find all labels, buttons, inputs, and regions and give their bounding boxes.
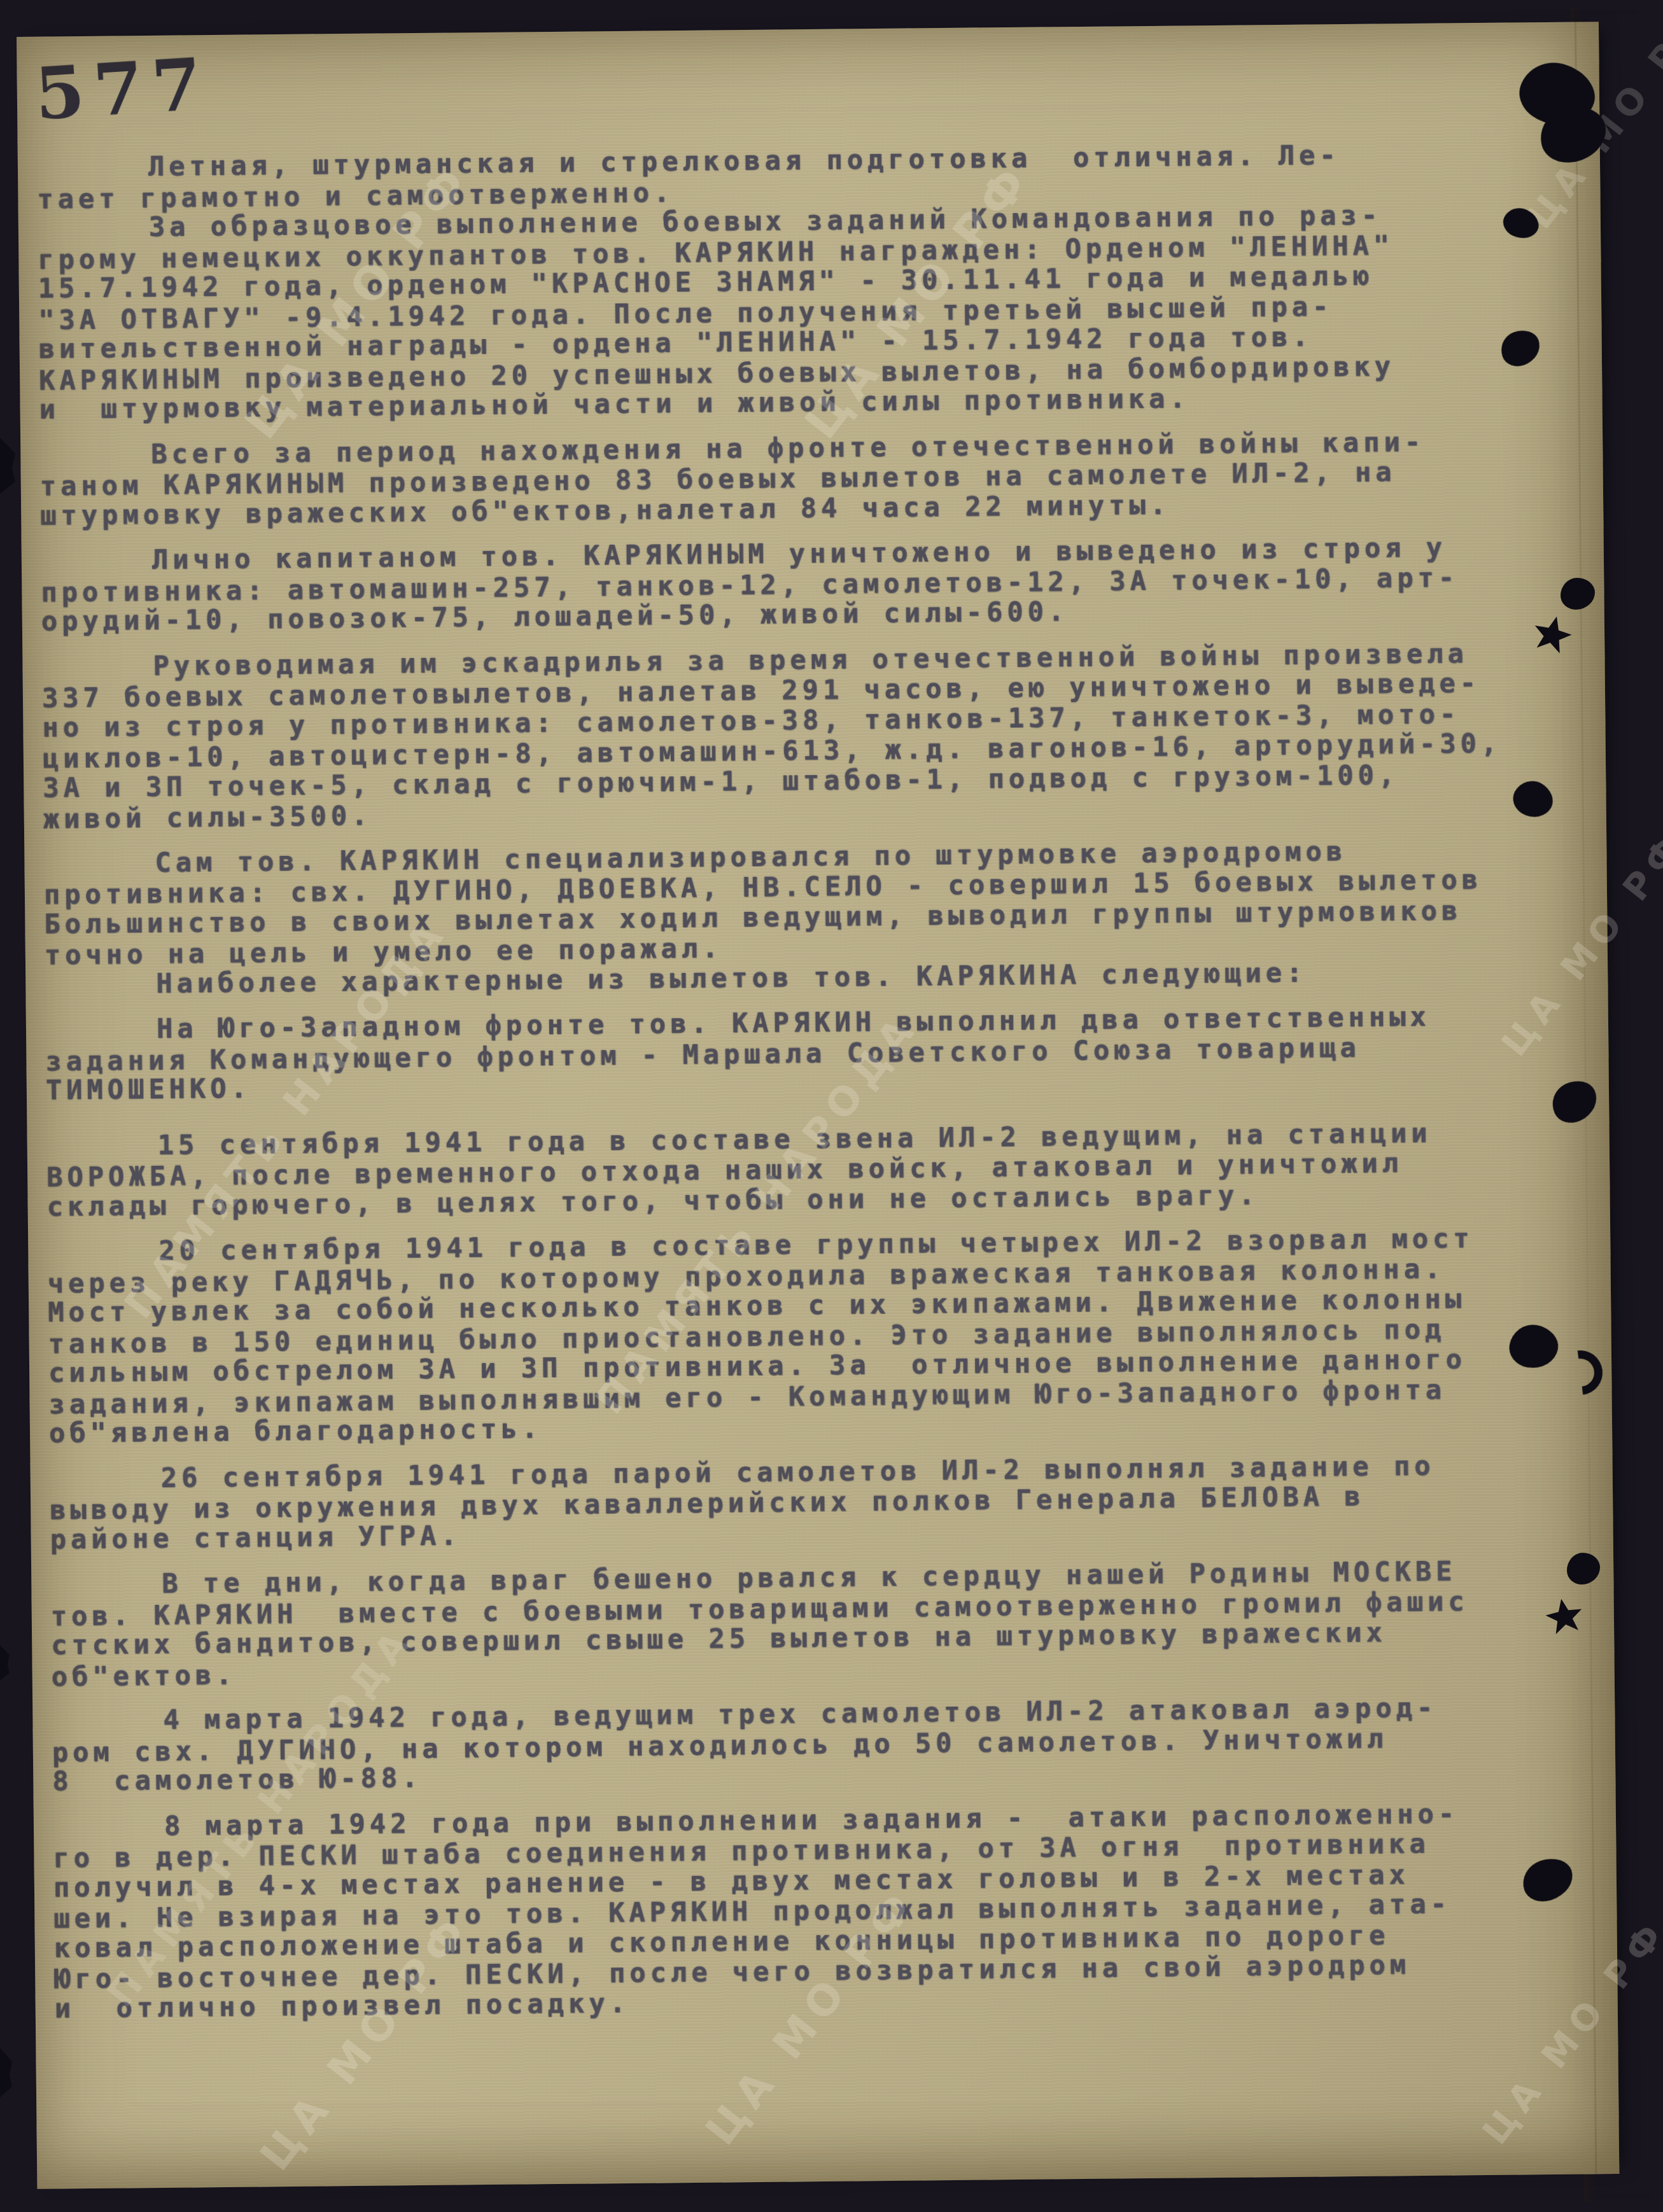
paragraph: В те дни, когда враг бешено рвался к сер…	[50, 1555, 1534, 1690]
paragraph: На Юго-Западном фронте тов. КАРЯКИН выпо…	[45, 1000, 1529, 1105]
page-number: 577	[32, 42, 213, 136]
paragraph: Сам тов. КАРЯКИН специализировался по шт…	[43, 834, 1527, 969]
paragraph: 20 сентября 1941 года в составе группы ч…	[47, 1222, 1532, 1448]
paragraph: Лично капитаном тов. КАРЯКИНЫМ уничтожен…	[41, 531, 1524, 636]
paragraph: 8 марта 1942 года при выполнении задания…	[53, 1798, 1538, 2024]
paragraph: Всего за период нахождения на фронте оте…	[39, 426, 1523, 531]
paragraph: За образцовое выполнение боевых заданий …	[38, 199, 1522, 424]
paragraph: 4 марта 1942 года, ведущим трех самолето…	[52, 1691, 1535, 1796]
paragraph: Руководимая им эскадрилья за время отече…	[41, 638, 1526, 833]
edge-mark	[0, 2048, 12, 2097]
paper-sheet: 577 Летная, штурманская и стрелковая под…	[17, 22, 1619, 2189]
paragraph: 15 сентября 1941 года в составе звена ИЛ…	[46, 1117, 1530, 1222]
paragraph: 26 сентября 1941 года парой самолетов ИЛ…	[50, 1450, 1533, 1555]
edge-mark	[0, 438, 15, 494]
document-text: Летная, штурманская и стрелковая подгото…	[37, 138, 1538, 2038]
scanned-document-page: 577 Летная, штурманская и стрелковая под…	[0, 0, 1663, 2212]
edge-mark	[0, 1645, 10, 1681]
